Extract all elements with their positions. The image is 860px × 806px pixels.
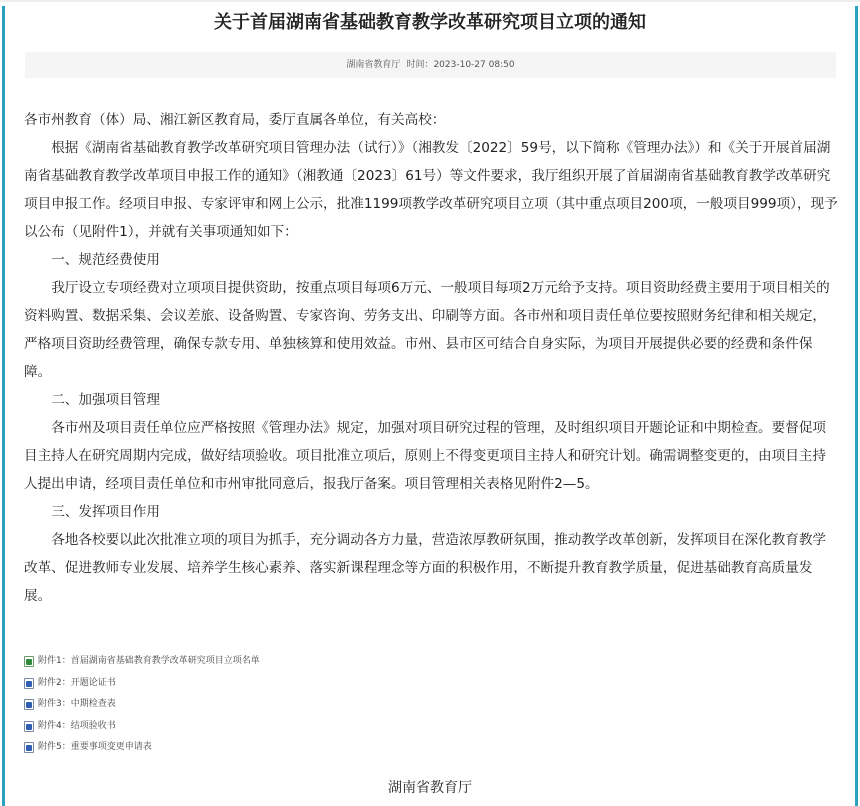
attachment-link-2[interactable]: 附件2：开题论证书 <box>24 673 260 695</box>
word-file-icon <box>24 699 34 710</box>
section-heading-1: 一、规范经费使用 <box>24 246 839 274</box>
section-heading-2: 二、加强项目管理 <box>24 386 839 414</box>
intro-paragraph: 根据《湖南省基础教育教学改革研究项目管理办法（试行）》（湘教发〔2022〕59号… <box>24 134 839 246</box>
section-paragraph-1: 我厅设立专项经费对立项项目提供资助，按重点项目每项6万元、一般项目每项2万元给予… <box>24 274 839 386</box>
attachment-link-1[interactable]: 附件1：首届湖南省基础教育教学改革研究项目立项名单 <box>24 651 260 673</box>
article-container: 关于首届湖南省基础教育教学改革研究项目立项的通知 湖南省教育厅时间：2023-1… <box>2 6 858 806</box>
article-time-value: 2023-10-27 08:50 <box>433 60 514 70</box>
attachment-link-4[interactable]: 附件4：结项验收书 <box>24 716 260 738</box>
article-title: 关于首届湖南省基础教育教学改革研究项目立项的通知 <box>5 8 855 38</box>
word-file-icon <box>24 742 34 753</box>
attachment-list: 附件1：首届湖南省基础教育教学改革研究项目立项名单 附件2：开题论证书 附件3：… <box>24 651 260 759</box>
article-source: 湖南省教育厅 <box>346 60 400 70</box>
attachment-label[interactable]: 附件4：结项验收书 <box>38 716 116 738</box>
attachment-label[interactable]: 附件5：重要事项变更申请表 <box>38 737 152 759</box>
salutation: 各市州教育（体）局、湘江新区教育局，委厅直属各单位，有关高校： <box>24 106 839 134</box>
word-file-icon <box>24 678 34 689</box>
article-meta-bar: 湖南省教育厅时间：2023-10-27 08:50 <box>25 52 836 78</box>
excel-file-icon <box>24 656 34 667</box>
article-time-label: 时间： <box>406 60 433 70</box>
attachment-label[interactable]: 附件2：开题论证书 <box>38 673 116 695</box>
issuer-signature: 湖南省教育厅 <box>5 774 855 802</box>
article-body: 各市州教育（体）局、湘江新区教育局，委厅直属各单位，有关高校： 根据《湖南省基础… <box>24 106 839 610</box>
attachment-label[interactable]: 附件3：中期检查表 <box>38 694 116 716</box>
top-strip <box>0 0 860 2</box>
word-file-icon <box>24 721 34 732</box>
section-paragraph-2: 各市州及项目责任单位应严格按照《管理办法》规定，加强对项目研究过程的管理，及时组… <box>24 414 839 498</box>
attachment-link-5[interactable]: 附件5：重要事项变更申请表 <box>24 737 260 759</box>
section-paragraph-3: 各地各校要以此次批准立项的项目为抓手，充分调动各方力量，营造浓厚教研氛围，推动教… <box>24 526 839 610</box>
attachment-label[interactable]: 附件1：首届湖南省基础教育教学改革研究项目立项名单 <box>38 651 260 673</box>
attachment-link-3[interactable]: 附件3：中期检查表 <box>24 694 260 716</box>
section-heading-3: 三、发挥项目作用 <box>24 498 839 526</box>
